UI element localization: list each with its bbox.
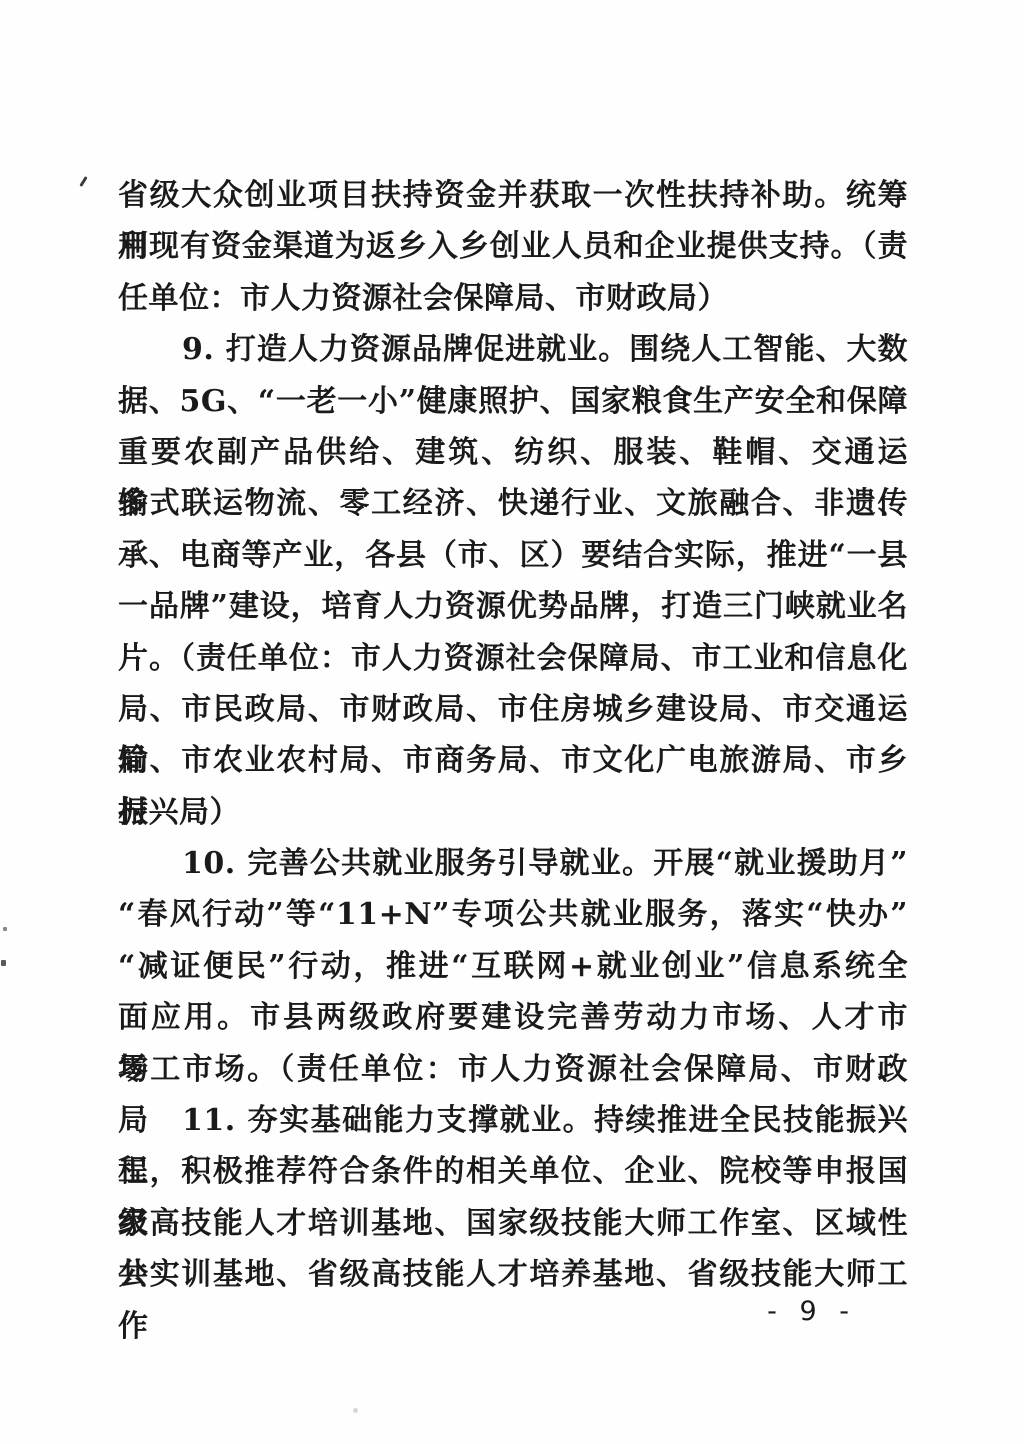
scan-artifact-speck (3, 927, 7, 931)
text-line: 程，积极推荐符合条件的相关单位、企业、院校等申报国家 (118, 1146, 908, 1197)
text-line-paragraph-11-start: 11. 夯实基础能力支撑就业。持续推进全民技能振兴工 (118, 1095, 908, 1146)
text-line: 局、市农业农村局、市商务局、市文化广电旅游局、市乡村 (118, 735, 908, 786)
text-line: 共实训基地、省级高技能人才培养基地、省级技能大师工作 (118, 1249, 908, 1300)
text-line: “减证便民”行动，推进“互联网+就业创业”信息系统全 (118, 941, 908, 992)
page-number: - 9 - (767, 1296, 856, 1327)
scan-artifact-speck (1, 960, 6, 966)
text-line: 一品牌”建设，培育人力资源优势品牌，打造三门峡就业名 (118, 581, 908, 632)
text-line: 承、电商等产业，各县（市、区）要结合实际，推进“一县 (118, 530, 908, 581)
text-line: 用现有资金渠道为返乡入乡创业人员和企业提供支持。（责 (118, 221, 908, 272)
text-line: 任单位：市人力资源社会保障局、市财政局） (118, 273, 908, 324)
text-line: 零工市场。（责任单位：市人力资源社会保障局、市财政局） (118, 1044, 908, 1095)
text-line-paragraph-10-start: 10. 完善公共就业服务引导就业。开展“就业援助月” (118, 838, 908, 889)
text-line: 振兴局） (118, 787, 908, 838)
text-line: 省级大众创业项目扶持资金并获取一次性扶持补助。统筹利 (118, 170, 908, 221)
text-line: 多式联运物流、零工经济、快递行业、文旅融合、非遗传 (118, 478, 908, 529)
text-line: 级高技能人才培训基地、国家级技能大师工作室、区域性公 (118, 1198, 908, 1249)
scan-artifact-mark (79, 176, 87, 187)
document-text-block: 省级大众创业项目扶持资金并获取一次性扶持补助。统筹利 用现有资金渠道为返乡入乡创… (118, 170, 908, 1301)
text-line: 片。（责任单位：市人力资源社会保障局、市工业和信息化 (118, 633, 908, 684)
text-line: 局、市民政局、市财政局、市住房城乡建设局、市交通运输 (118, 684, 908, 735)
text-line-paragraph-9-start: 9. 打造人力资源品牌促进就业。围绕人工智能、大数 (118, 324, 908, 375)
scan-artifact-speck (353, 1408, 358, 1413)
text-line: 重要农副产品供给、建筑、纺织、服装、鞋帽、交通运输、 (118, 427, 908, 478)
document-page: 省级大众创业项目扶持资金并获取一次性扶持补助。统筹利 用现有资金渠道为返乡入乡创… (0, 0, 1024, 1444)
text-line: 据、5G、“一老一小”健康照护、国家粮食生产安全和保障 (118, 376, 908, 427)
text-line: “春风行动”等“11+N”专项公共就业服务，落实“快办” (118, 889, 908, 940)
text-line: 面应用。市县两级政府要建设完善劳动力市场、人才市场、 (118, 992, 908, 1043)
